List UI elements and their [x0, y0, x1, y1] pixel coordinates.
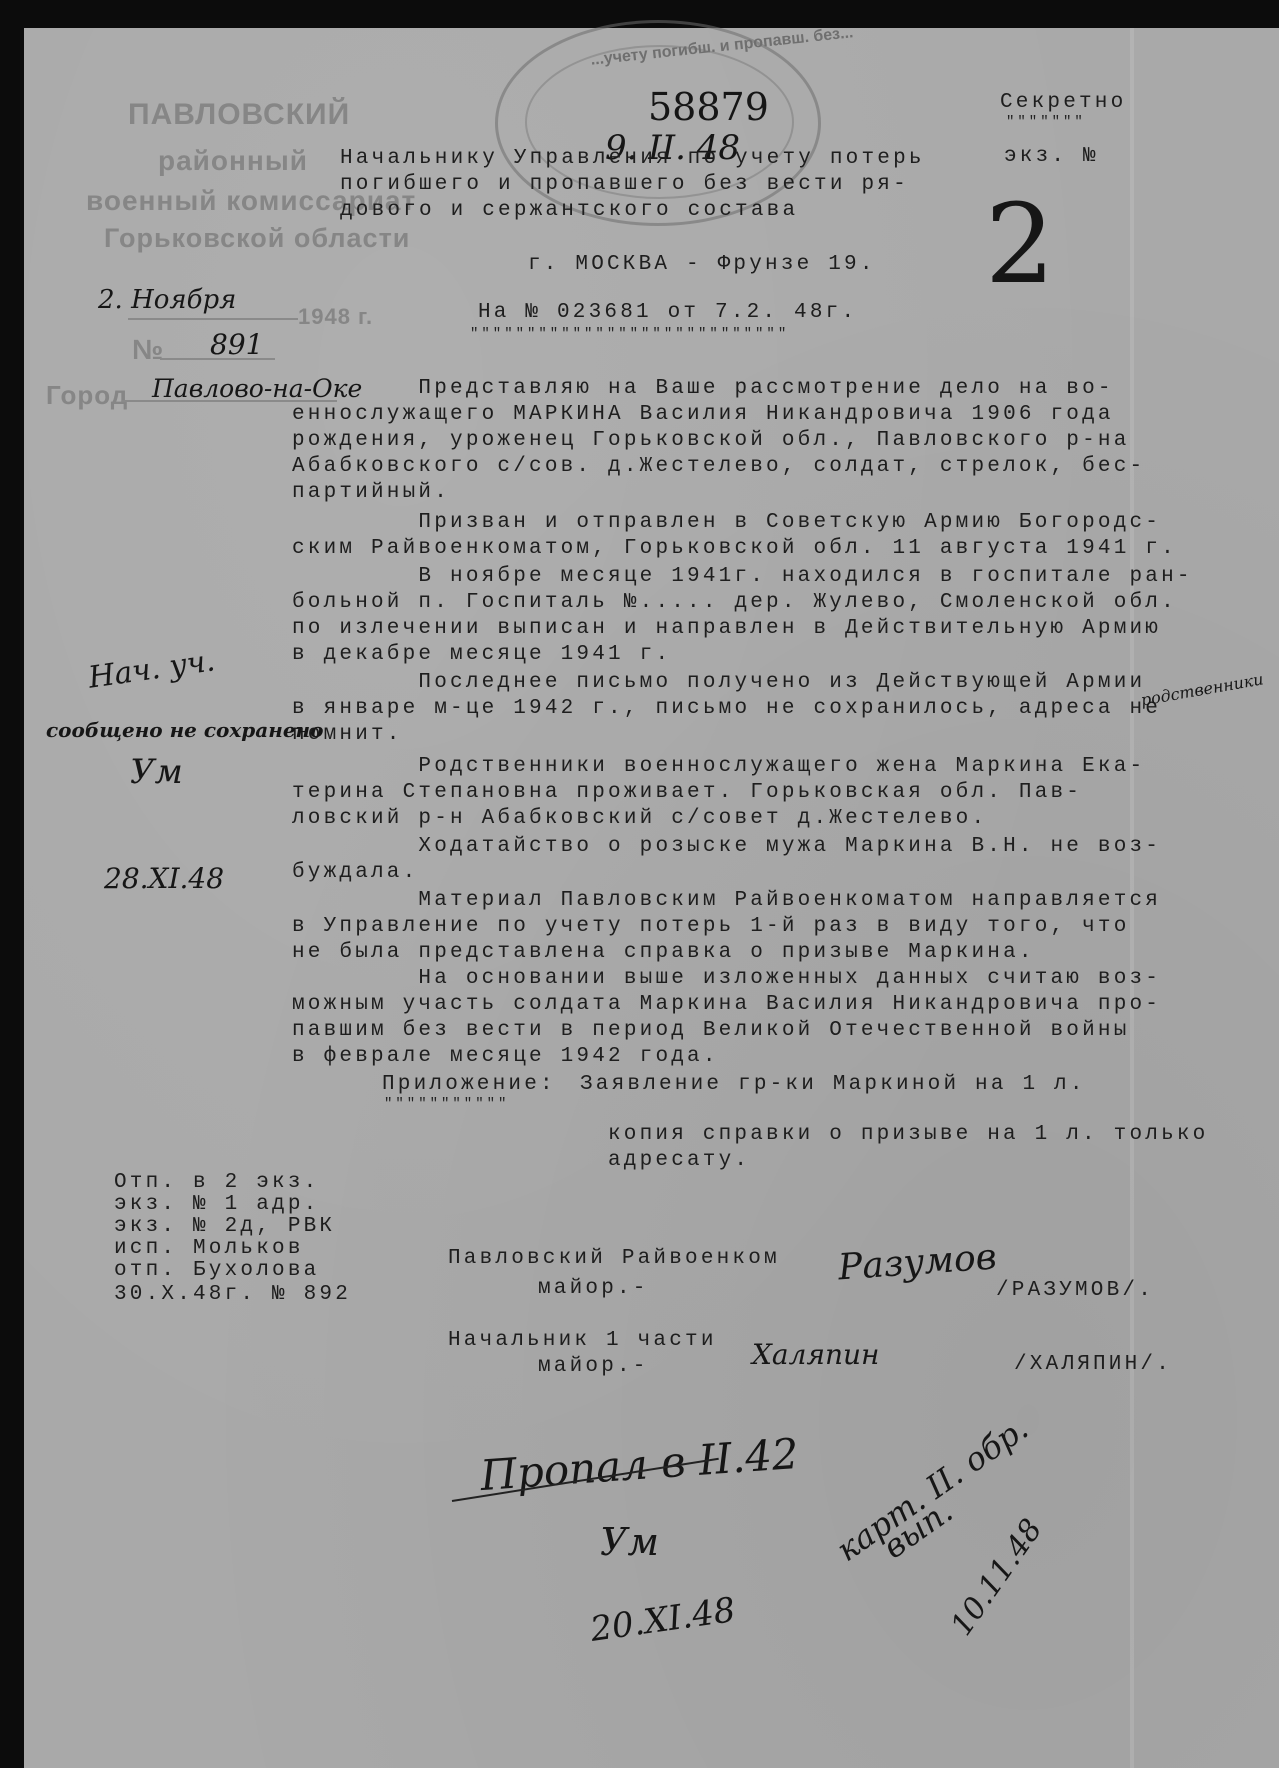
dispatch-note-line: экз. № 2д, РВК [114, 1216, 335, 1237]
body-line: Ходатайство о розыске мужа Маркина В.Н. … [292, 836, 1161, 857]
sender-stamp-line2: районный [158, 145, 308, 177]
dispatch-note-line: экз. № 1 адр. [114, 1194, 319, 1215]
body-line: В ноябре месяце 1941г. находился в госпи… [292, 566, 1193, 587]
body-line: ловский р-н Абабковский с/совет д.Жестел… [292, 808, 987, 829]
body-line: павшим без вести в период Великой Отечес… [292, 1020, 1130, 1041]
body-line: в январе м-це 1942 г., письмо не сохрани… [292, 698, 1161, 719]
signatory1-name: /РАЗУМОВ/. [996, 1280, 1154, 1301]
city-label: Город [46, 380, 128, 411]
body-line: Представляю на Ваше рассмотрение дело на… [292, 378, 1114, 399]
body-line: буждала. [292, 862, 418, 883]
reference-number: На № 023681 от 7.2. 48г. [478, 302, 857, 323]
body-line: в декабре месяце 1941 г. [292, 644, 671, 665]
classification-underline: """"""" [1006, 114, 1086, 130]
margin-initials: Ум [130, 752, 183, 792]
signatory2-name: /ХАЛЯПИН/. [1014, 1354, 1172, 1375]
outgoing-number: 891 [210, 328, 263, 361]
attachment-line2: копия справки о призыве на 1 л. только [608, 1124, 1208, 1145]
body-line: терина Степановна проживает. Горьковская… [292, 782, 1082, 803]
body-line: рождения, уроженец Горьковской обл., Пав… [292, 430, 1130, 451]
body-line: еннослужащего МАРКИНА Василия Никандрови… [292, 404, 1114, 425]
incoming-number: 58879 [648, 85, 769, 129]
addressee-line1: Начальнику Управления по учету потерь [340, 148, 925, 169]
outgoing-number-label: № [132, 334, 164, 366]
addressee-city: г. МОСКВА - Фрунзе 19. [528, 254, 876, 275]
signatory2-title: Начальник 1 части [448, 1330, 717, 1351]
reference-underline: """""""""""""""""""""""""""" [470, 326, 789, 342]
margin-date: 28.XI.48 [104, 862, 224, 895]
body-line: больной п. Госпиталь №..... дер. Жулево,… [292, 592, 1177, 613]
body-line: можным участь солдата Маркина Василия Ни… [292, 994, 1161, 1015]
bottom-initials: Ум [600, 1520, 659, 1564]
dispatch-note-line: Отп. в 2 экз. [114, 1172, 319, 1193]
body-line: не была представлена справка о призыве М… [292, 942, 1035, 963]
body-line: Абабковского с/сов. д.Жестелево, солдат,… [292, 456, 1145, 477]
dispatch-note-line: отп. Бухолова [114, 1260, 319, 1281]
attachment-line1: Заявление гр-ки Маркиной на 1 л. [580, 1074, 1086, 1095]
body-line: Материал Павловским Райвоенкоматом напра… [292, 890, 1161, 911]
outgoing-year: 1948 г. [298, 304, 373, 330]
signatory2-rank: майор.- [538, 1356, 649, 1377]
body-line: На основании выше изложенных данных счит… [292, 968, 1161, 989]
body-line: в Управление по учету потерь 1-й раз в в… [292, 916, 1130, 937]
classification-label: Секретно [1000, 92, 1126, 113]
addressee-line3: дового и сержантского состава [340, 200, 798, 221]
attachment-line3: адресату. [608, 1150, 750, 1171]
signature-khalyapin: Халяпин [752, 1338, 880, 1371]
dispatch-note-line: исп. Мольков [114, 1238, 304, 1259]
body-line: Родственники военнослужащего жена Маркин… [292, 756, 1145, 777]
signatory1-rank: майор.- [538, 1278, 649, 1299]
addressee-line2: погибшего и пропавшего без вести ря- [340, 174, 909, 195]
body-line: Последнее письмо получено из Действующей… [292, 672, 1145, 693]
outgoing-date: 2. Ноября [98, 285, 236, 315]
copy-label: экз. № [1004, 146, 1099, 167]
body-line: по излечении выписан и направлен в Дейст… [292, 618, 1161, 639]
body-line: в феврале месяце 1942 года. [292, 1046, 719, 1067]
dispatch-note-line: 30.Х.48г. № 892 [114, 1284, 351, 1305]
body-line: партийный. [292, 482, 450, 503]
city-underline [122, 400, 337, 402]
sender-stamp-line1: ПАВЛОВСКИЙ [128, 98, 350, 132]
margin-note-2: сообщено не сохранено [46, 718, 323, 742]
number-underline [160, 358, 275, 360]
copy-number: 2 [985, 180, 1055, 308]
body-line: ским Райвоенкоматом, Горьковской обл. 11… [292, 538, 1177, 559]
signatory1-title: Павловский Райвоенком [448, 1248, 780, 1269]
body-line: Призван и отправлен в Советскую Армию Бо… [292, 512, 1161, 533]
attachment-underline: """"""""""" [384, 1096, 509, 1112]
date-underline [128, 318, 298, 320]
attachment-label: Приложение: [382, 1074, 556, 1095]
sender-stamp-line4: Горьковской области [104, 223, 410, 254]
